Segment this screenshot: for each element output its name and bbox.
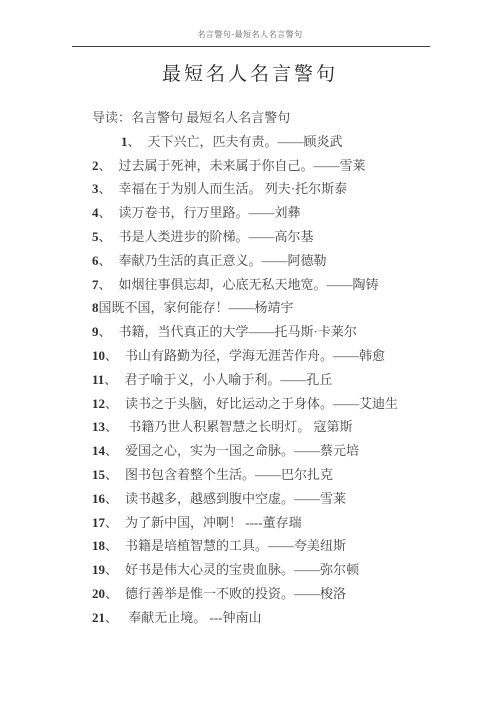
quote-number: 14 — [92, 443, 105, 458]
quote-text: 好书是伟大心灵的宝贵血脉。——弥尔顿 — [125, 562, 359, 577]
quote-separator: 、 — [105, 348, 118, 363]
quote-separator: 、 — [128, 134, 141, 149]
quote-row: 19、好书是伟大心灵的宝贵血脉。——弥尔顿 — [92, 558, 470, 582]
quote-row: 14、爱国之心，实为一国之命脉。——蔡元培 — [92, 439, 470, 463]
quote-text: 如烟往事俱忘却，心底无私天地宽。——陶铸 — [119, 277, 379, 292]
quote-text: 德行善举是惟一不败的投资。——梭洛 — [125, 586, 346, 601]
quote-text: 读万卷书，行万里路。——刘彝 — [119, 205, 301, 220]
running-header: 名言警句-最短名人名言警句 — [0, 29, 500, 40]
quote-separator: 、 — [104, 372, 117, 387]
quote-row: 18、书籍是培植智慧的工具。——夸美纽斯 — [92, 534, 470, 558]
quote-row: 4、读万卷书，行万里路。——刘彝 — [92, 201, 470, 225]
quote-separator: 、 — [105, 586, 118, 601]
quote-separator: 、 — [105, 419, 118, 434]
quote-text: 幸福在于为别人而生活。 列夫·托尔斯泰 — [119, 181, 348, 196]
quote-row: 13、 书籍乃世人积累智慧之长明灯。 寇第斯 — [92, 415, 470, 439]
quote-row: 9、书籍，当代真正的大学——托马斯·卡莱尔 — [92, 320, 470, 344]
quote-text: 书籍，当代真正的大学——托马斯·卡莱尔 — [119, 324, 357, 339]
quote-separator: 、 — [105, 610, 118, 625]
quote-separator: 、 — [99, 158, 112, 173]
quote-number: 4 — [92, 205, 99, 220]
quote-number: 13 — [92, 419, 105, 434]
quote-separator: 、 — [99, 253, 112, 268]
quote-text: 为了新中国，冲啊！ ----董存瑞 — [125, 515, 302, 530]
quote-text: 图书包含着整个生活。——巴尔扎克 — [125, 467, 333, 482]
quote-text: 读书越多，越感到腹中空虚。——雪莱 — [125, 491, 346, 506]
quote-row: 3、幸福在于为别人而生活。 列夫·托尔斯泰 — [92, 177, 470, 201]
quote-text: 奉献乃生活的真正意义。——阿德勒 — [119, 253, 327, 268]
quote-text: 奉献无止境。 ---钟南山 — [125, 610, 262, 625]
quote-row: 16、读书越多，越感到腹中空虚。——雪莱 — [92, 487, 470, 511]
document-page: 名言警句-最短名人名言警句 最短名人名言警句 导读：名言警句 最短名人名言警句 … — [0, 0, 500, 708]
quote-separator: 、 — [105, 562, 118, 577]
quote-row: 1、天下兴亡，匹夫有责。——顾炎武 — [92, 130, 470, 154]
quote-separator: 、 — [105, 491, 118, 506]
quote-number: 18 — [92, 538, 105, 553]
quote-separator: 、 — [105, 396, 118, 411]
quote-separator: 、 — [99, 229, 112, 244]
quote-row: 15、图书包含着整个生活。——巴尔扎克 — [92, 463, 470, 487]
quote-row: 17、为了新中国，冲啊！ ----董存瑞 — [92, 511, 470, 535]
page-title: 最短名人名言警句 — [0, 59, 500, 86]
quote-separator: 、 — [99, 324, 112, 339]
quote-number: 10 — [92, 348, 105, 363]
quote-number: 21 — [92, 610, 105, 625]
quote-number: 1 — [121, 134, 128, 149]
quote-row: 11、君子喻于义，小人喻于利。——孔丘 — [92, 368, 470, 392]
quote-separator: 、 — [105, 467, 118, 482]
quote-text: 过去属于死神，未来属于你自己。——雪莱 — [119, 158, 366, 173]
quote-number: 7 — [92, 277, 99, 292]
lead-text: 导读：名言警句 最短名人名言警句 — [92, 106, 470, 130]
quote-row: 8国既不国，家何能存！——杨靖宇 — [92, 296, 470, 320]
quote-number: 2 — [92, 158, 99, 173]
quote-row: 21、 奉献无止境。 ---钟南山 — [92, 606, 470, 630]
quote-text: 书是人类进步的阶梯。——高尔基 — [119, 229, 314, 244]
quote-separator: 、 — [105, 515, 118, 530]
quote-text: 书籍乃世人积累智慧之长明灯。 寇第斯 — [125, 419, 353, 434]
quote-separator: 、 — [99, 277, 112, 292]
quote-row: 5、书是人类进步的阶梯。——高尔基 — [92, 225, 470, 249]
quote-text: 国既不国，家何能存！——杨靖宇 — [99, 300, 294, 315]
quote-text: 天下兴亡，匹夫有责。——顾炎武 — [148, 134, 343, 149]
quote-number: 6 — [92, 253, 99, 268]
quote-row: 10、书山有路勤为径，学海无涯苦作舟。——韩愈 — [92, 344, 470, 368]
quote-row: 12、读书之于头脑，好比运动之于身体。——艾迪生 — [92, 392, 470, 416]
quote-number: 19 — [92, 562, 105, 577]
quote-row: 20、德行善举是惟一不败的投资。——梭洛 — [92, 582, 470, 606]
quote-separator: 、 — [99, 181, 112, 196]
quote-number: 5 — [92, 229, 99, 244]
quote-number: 17 — [92, 515, 105, 530]
quote-number: 11 — [92, 372, 104, 387]
quote-text: 读书之于头脑，好比运动之于身体。——艾迪生 — [125, 396, 398, 411]
quote-number: 15 — [92, 467, 105, 482]
quote-text: 君子喻于义，小人喻于利。——孔丘 — [124, 372, 332, 387]
quote-text: 书籍是培植智慧的工具。——夸美纽斯 — [125, 538, 346, 553]
quote-number: 12 — [92, 396, 105, 411]
quote-row: 6、奉献乃生活的真正意义。——阿德勒 — [92, 249, 470, 273]
quote-row: 2、过去属于死神，未来属于你自己。——雪莱 — [92, 154, 470, 178]
quote-number: 9 — [92, 324, 99, 339]
quote-separator: 、 — [99, 205, 112, 220]
quote-row: 7、如烟往事俱忘却，心底无私天地宽。——陶铸 — [92, 273, 470, 297]
quote-separator: 、 — [105, 443, 118, 458]
quote-separator: 、 — [105, 538, 118, 553]
quote-number: 20 — [92, 586, 105, 601]
quote-text: 书山有路勤为径，学海无涯苦作舟。——韩愈 — [125, 348, 385, 363]
quote-number: 16 — [92, 491, 105, 506]
quote-list: 导读：名言警句 最短名人名言警句 1、天下兴亡，匹夫有责。——顾炎武2、过去属于… — [92, 106, 470, 630]
header-rule — [72, 46, 430, 47]
quote-number: 3 — [92, 181, 99, 196]
quote-text: 爱国之心，实为一国之命脉。——蔡元培 — [125, 443, 359, 458]
